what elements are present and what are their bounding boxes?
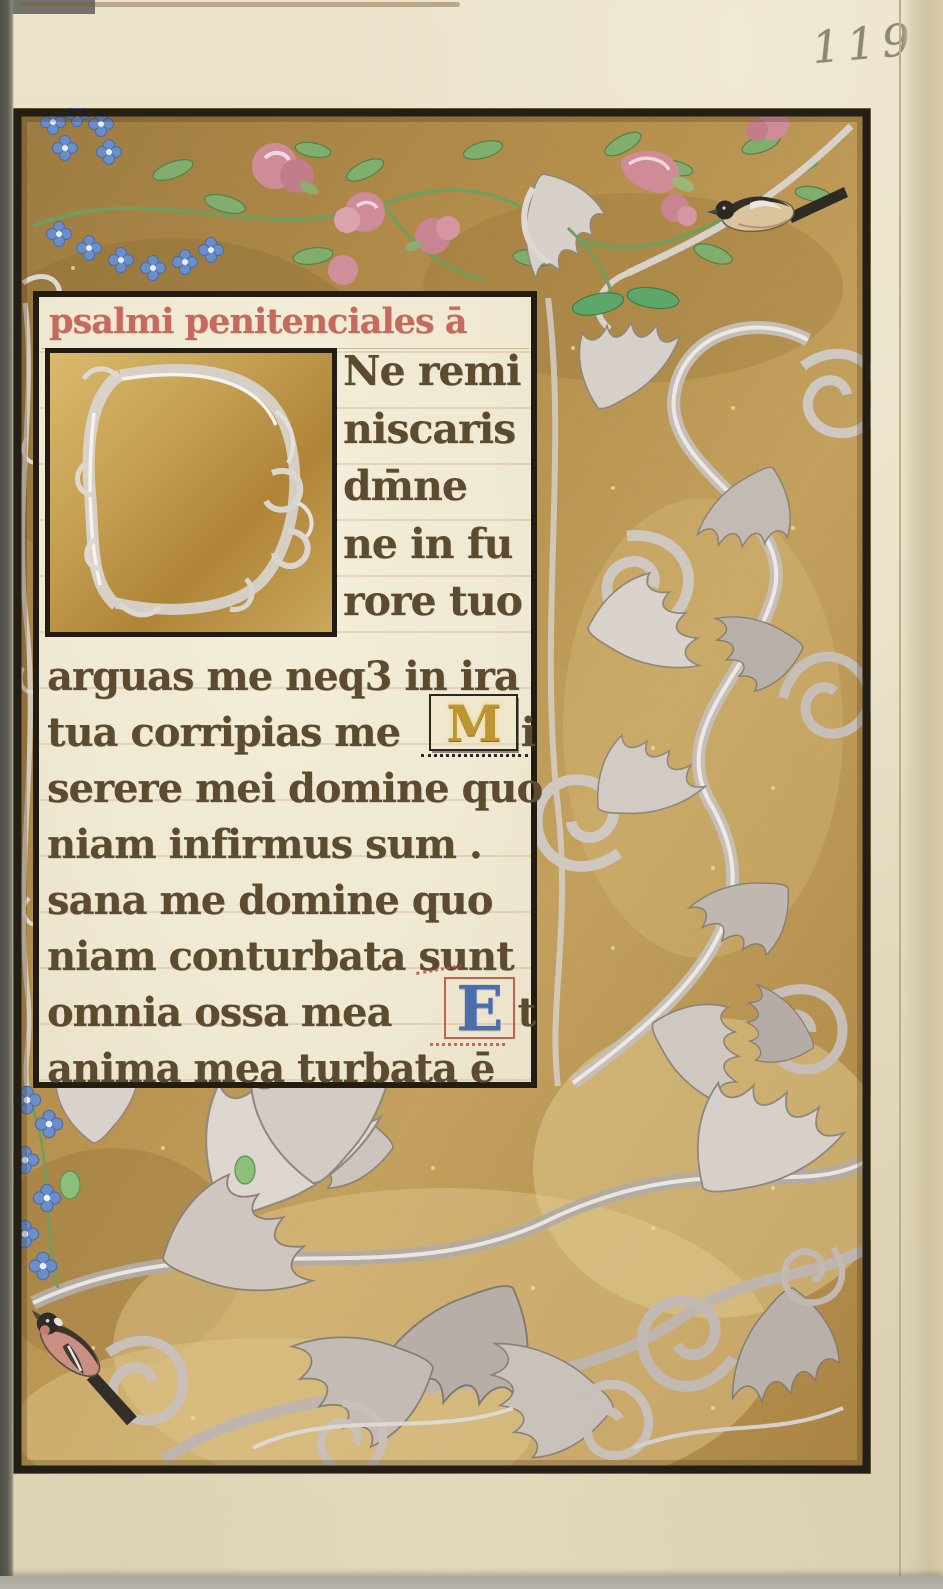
line-text: sana me domine quo	[47, 881, 492, 921]
text-line: sana me domine quo	[47, 865, 535, 921]
text-line: tua corripias me M i	[47, 697, 535, 753]
blue-penwork-cadel-E: E	[444, 977, 514, 1039]
photo-bottom-edge	[0, 1576, 943, 1589]
manuscript-photo: psalmi penitenciales ā Ne remi niscaris	[0, 0, 943, 1589]
text-line: omnia ossa mea E t	[47, 977, 535, 1033]
line-text: serere mei domine quo	[47, 769, 542, 809]
page-curve-shadow	[899, 0, 943, 1589]
text-line: rore tuo	[343, 581, 535, 639]
gold-cadel-M: M	[429, 694, 517, 752]
antiphon-column: Ne remi niscaris dm̄ne ne in fu rore tuo	[343, 351, 535, 640]
text-block: psalmi penitenciales ā Ne remi niscaris	[33, 291, 537, 1088]
cadel-suffix: t	[518, 993, 535, 1033]
text-line: arguas me neq3 in ira	[47, 641, 535, 697]
page-top-edge	[20, 2, 460, 7]
text-line: serere mei domine quo	[47, 753, 535, 809]
line-text: niam infirmus sum .	[47, 825, 482, 865]
text-line: niscaris	[343, 409, 535, 467]
cadel-suffix: i	[521, 713, 535, 753]
initial-letter-D	[50, 353, 332, 632]
text-line: ne in fu	[343, 524, 535, 582]
line-text: tua corripias me	[47, 713, 400, 753]
line-text: niam conturbata sunt	[47, 937, 514, 977]
green-bud-icon	[235, 1156, 255, 1184]
text-line: Ne remi	[343, 351, 535, 409]
psalm-lines: arguas me neq3 in ira tua corripias me M…	[47, 641, 535, 1089]
text-line: dm̄ne	[343, 466, 535, 524]
text-line: niam infirmus sum .	[47, 809, 535, 865]
line-text: omnia ossa mea	[47, 993, 391, 1033]
rubric: psalmi penitenciales ā	[41, 299, 529, 349]
binding-gutter-shadow	[0, 0, 14, 1589]
line-text: arguas me neq3 in ira	[47, 657, 519, 697]
illuminated-initial-panel	[45, 348, 337, 637]
text-line: niam conturbata sunt	[47, 921, 535, 977]
line-text: anima mea turbata ē	[47, 1049, 494, 1089]
